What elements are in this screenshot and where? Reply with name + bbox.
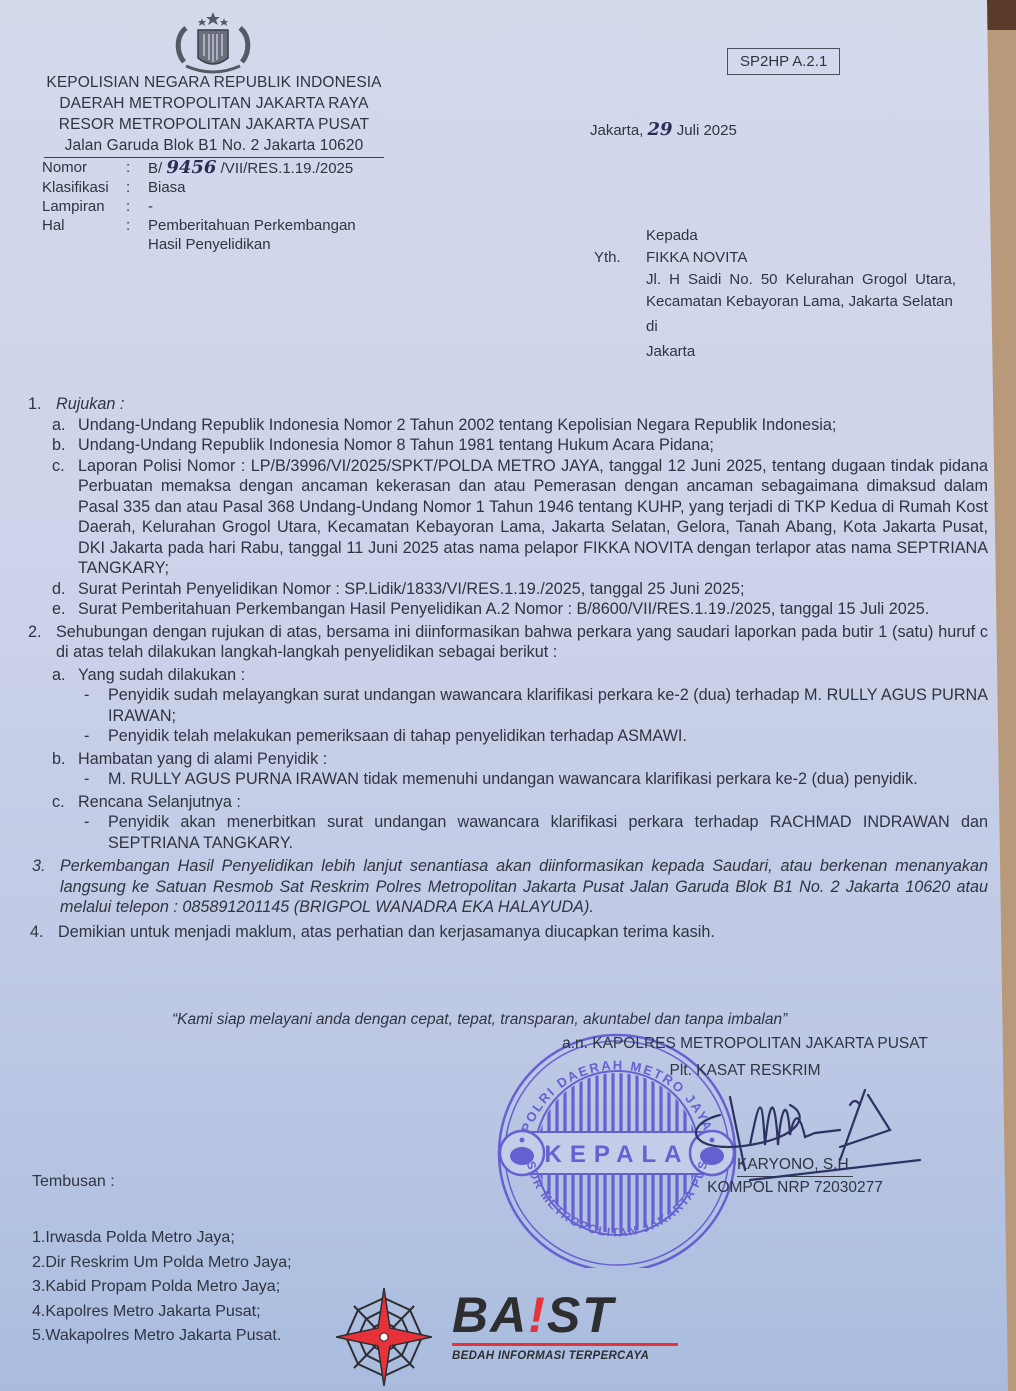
- letterhead-line-3: RESOR METROPOLITAN JAKARTA PUSAT: [44, 114, 384, 135]
- letterhead-address: Jalan Garuda Blok B1 No. 2 Jakarta 10620: [44, 135, 384, 158]
- recipient-name: FIKKA NOVITA: [646, 247, 747, 269]
- recipient-address: Jl. H Saidi No. 50 Kelurahan Grogol Utar…: [646, 269, 956, 313]
- tembusan-title: Tembusan :: [32, 1173, 115, 1191]
- letter-page: KEPOLISIAN NEGARA REPUBLIK INDONESIA DAE…: [0, 0, 1016, 1391]
- letter-meta: Nomor: B/ 9456 /VII/RES.1.19./2025 Klasi…: [42, 158, 388, 254]
- meta-nomor: Nomor: B/ 9456 /VII/RES.1.19./2025: [42, 158, 388, 178]
- tembusan-item: 1.Irwasda Polda Metro Jaya;: [32, 1226, 292, 1251]
- brand-tagline: BEDAH INFORMASI TERPERCAYA: [452, 1350, 678, 1362]
- rujukan-item: e.Surat Pemberitahuan Perkembangan Hasil…: [52, 599, 988, 620]
- form-code-badge: SP2HP A.2.1: [727, 48, 840, 75]
- tembusan-item: 4.Kapolres Metro Jakarta Pusat;: [32, 1300, 292, 1325]
- handwritten-signature-icon: [690, 1075, 930, 1185]
- baist-web-logo-icon: [336, 1288, 432, 1386]
- tembusan-item: 2.Dir Reskrim Um Polda Metro Jaya;: [32, 1251, 292, 1276]
- recipient-city: Jakarta: [646, 341, 695, 363]
- service-motto: “Kami siap melayani anda dengan cepat, t…: [172, 1011, 787, 1029]
- handwritten-day: 29: [648, 119, 673, 140]
- progress-point: -Penyidik akan menerbitkan surat undanga…: [84, 812, 988, 853]
- section-3: 3.Perkembangan Hasil Penyelidikan lebih …: [32, 856, 988, 918]
- letterhead-line-1: KEPOLISIAN NEGARA REPUBLIK INDONESIA: [44, 72, 384, 93]
- meta-hal: Hal:Pemberitahuan Perkembangan Hasil Pen…: [42, 216, 388, 254]
- progress-section: b.Hambatan yang di alami Penyidik :: [52, 749, 988, 770]
- section-4: 4.Demikian untuk menjadi maklum, atas pe…: [30, 922, 988, 943]
- baist-brand: BA!ST BEDAH INFORMASI TERPERCAYA: [452, 1290, 678, 1362]
- section-1: 1.Rujukan :: [28, 394, 988, 415]
- tembusan-list: 1.Irwasda Polda Metro Jaya; 2.Dir Reskri…: [32, 1226, 292, 1349]
- rujukan-item: a.Undang-Undang Republik Indonesia Nomor…: [52, 415, 988, 436]
- letter-body: 1.Rujukan : a.Undang-Undang Republik Ind…: [28, 394, 988, 942]
- section-2: 2.Sehubungan dengan rujukan di atas, ber…: [28, 622, 988, 663]
- progress-section: a.Yang sudah dilakukan :: [52, 665, 988, 686]
- handwritten-number: 9456: [166, 157, 216, 178]
- tembusan-item: 3.Kabid Propam Polda Metro Jaya;: [32, 1275, 292, 1300]
- progress-point: -M. RULLY AGUS PURNA IRAWAN tidak memenu…: [84, 769, 988, 790]
- meta-klasifikasi: Klasifikasi:Biasa: [42, 178, 388, 197]
- progress-section: c.Rencana Selanjutnya :: [52, 792, 988, 813]
- letterhead-line-2: DAERAH METROPOLITAN JAKARTA RAYA: [44, 93, 384, 114]
- rujukan-item: b.Undang-Undang Republik Indonesia Nomor…: [52, 435, 988, 456]
- letterhead: KEPOLISIAN NEGARA REPUBLIK INDONESIA DAE…: [44, 72, 384, 158]
- rujukan-item: d.Surat Perintah Penyelidikan Nomor : SP…: [52, 579, 988, 600]
- meta-lampiran: Lampiran:-: [42, 197, 388, 216]
- recipient-block: Kepada Yth.FIKKA NOVITA Jl. H Saidi No. …: [594, 225, 956, 363]
- progress-point: -Penyidik telah melakukan pemeriksaan di…: [84, 726, 988, 747]
- letter-date: Jakarta, 29 Juli 2025: [590, 119, 737, 140]
- rujukan-item: c.Laporan Polisi Nomor : LP/B/3996/VI/20…: [52, 456, 988, 579]
- on-behalf-line: a.n. KAPOLRES METROPOLITAN JAKARTA PUSAT: [530, 1030, 960, 1057]
- polri-emblem-icon: [170, 12, 256, 78]
- tembusan-item: 5.Wakapolres Metro Jakarta Pusat.: [32, 1324, 292, 1349]
- progress-point: -Penyidik sudah melayangkan surat undang…: [84, 685, 988, 726]
